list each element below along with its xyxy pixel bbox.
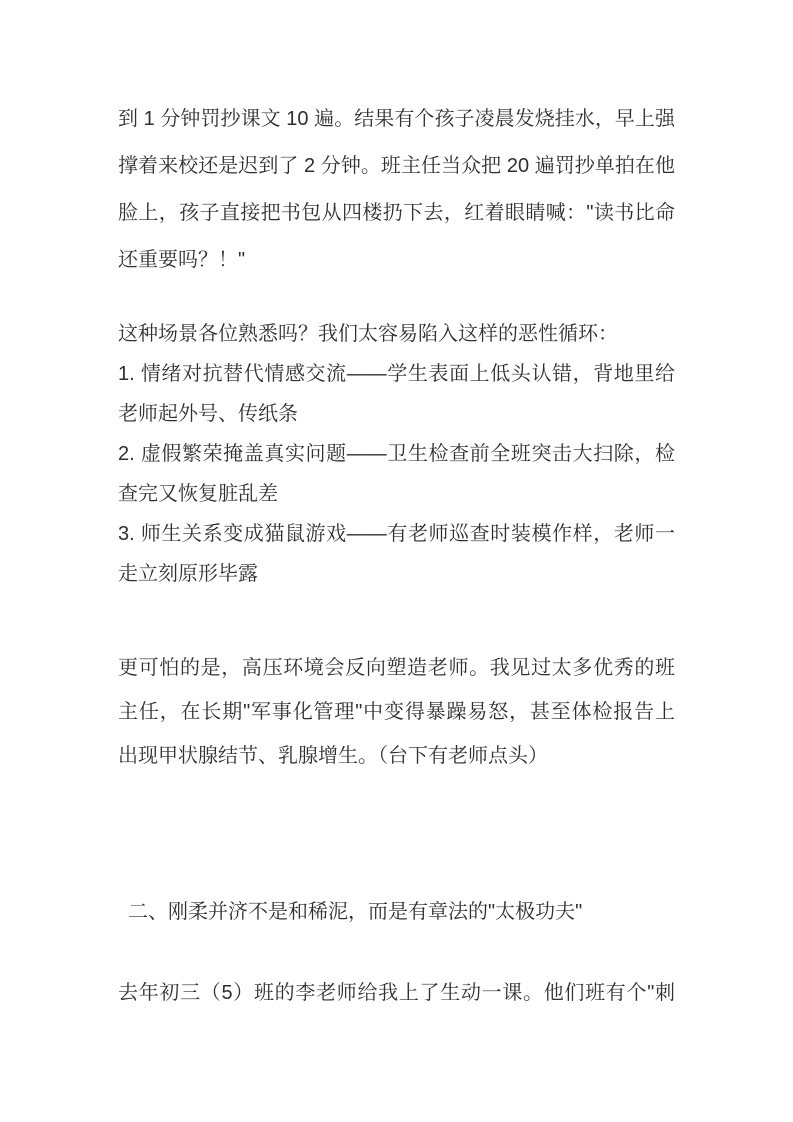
list-item-2-line: 查完又恢复脏乱差: [118, 474, 675, 514]
document-page: 到 1 分钟罚抄课文 10 遍。结果有个孩子凌晨发烧挂水，早上强 撑着来校还是迟…: [0, 0, 793, 1122]
paragraph-vicious-cycle-list: 这种场景各位熟悉吗？我们太容易陷入这样的恶性循环： 1. 情绪对抗替代情感交流—…: [118, 314, 675, 594]
list-intro-line: 这种场景各位熟悉吗？我们太容易陷入这样的恶性循环：: [118, 314, 675, 354]
paragraph-punishment-story: 到 1 分钟罚抄课文 10 遍。结果有个孩子凌晨发烧挂水，早上强 撑着来校还是迟…: [118, 96, 675, 284]
section-heading-text: 二、刚柔并济不是和稀泥，而是有章法的"太极功夫": [118, 890, 675, 934]
list-item-1-line: 1. 情绪对抗替代情感交流——学生表面上低头认错，背地里给: [118, 354, 675, 394]
text-line: 出现甲状腺结节、乳腺增生。（台下有老师点头）: [118, 734, 675, 778]
paragraph-teacher-impact: 更可怕的是，高压环境会反向塑造老师。我见过太多优秀的班 主任，在长期"军事化管理…: [118, 646, 675, 778]
text-line: 主任，在长期"军事化管理"中变得暴躁易怒，甚至体检报告上: [118, 690, 675, 734]
list-item-2-line: 2. 虚假繁荣掩盖真实问题——卫生检查前全班突击大扫除，检: [118, 434, 675, 474]
list-item-1-line: 老师起外号、传纸条: [118, 394, 675, 434]
text-line: 还重要吗？！": [118, 237, 675, 284]
text-line: 撑着来校还是迟到了 2 分钟。班主任当众把 20 遍罚抄单拍在他: [118, 143, 675, 190]
text-line: 更可怕的是，高压环境会反向塑造老师。我见过太多优秀的班: [118, 646, 675, 690]
paragraph-li-teacher-story: 去年初三（5）班的李老师给我上了生动一课。他们班有个"刺: [118, 971, 675, 1015]
section-heading-two: 二、刚柔并济不是和稀泥，而是有章法的"太极功夫": [118, 890, 675, 934]
text-line: 脸上，孩子直接把书包从四楼扔下去，红着眼睛喊："读书比命: [118, 190, 675, 237]
text-line: 去年初三（5）班的李老师给我上了生动一课。他们班有个"刺: [118, 971, 675, 1015]
text-line: 到 1 分钟罚抄课文 10 遍。结果有个孩子凌晨发烧挂水，早上强: [118, 96, 675, 143]
document-content: 到 1 分钟罚抄课文 10 遍。结果有个孩子凌晨发烧挂水，早上强 撑着来校还是迟…: [118, 96, 675, 1015]
list-item-3-line: 3. 师生关系变成猫鼠游戏——有老师巡查时装模作样，老师一: [118, 514, 675, 554]
list-item-3-line: 走立刻原形毕露: [118, 554, 675, 594]
